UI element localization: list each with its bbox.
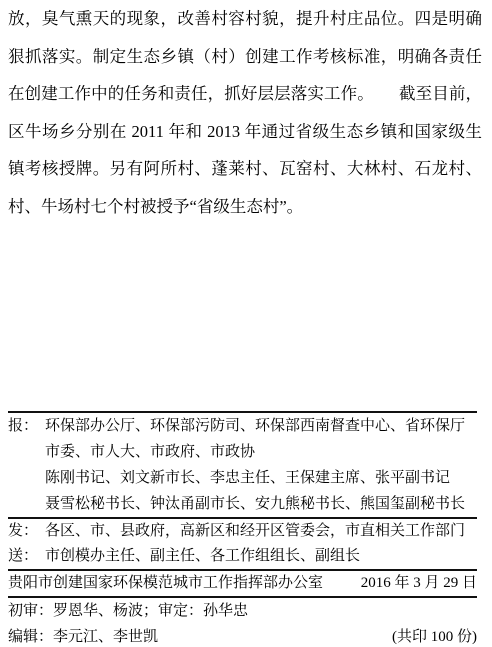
issue-label: 发：: [8, 519, 45, 544]
body-paragraph: 放，臭气熏天的现象，改善村容村貌，提升村庄品位。四是明确责任 狠抓落实。制定生态…: [8, 0, 482, 225]
report-line: 环保部办公厅、环保部污防司、环保部西南督查中心、省环保厅: [45, 413, 477, 439]
report-line: 聂雪松秘书长、钟汰甬副市长、安九熊秘书长、熊国玺副秘书长: [45, 491, 477, 517]
issue-recipients: 各区、市、县政府，高新区和经开区管委会，市直相关工作部门: [45, 519, 465, 544]
report-recipients: 环保部办公厅、环保部污防司、环保部西南督查中心、省环保厅 市委、市人大、市政府、…: [45, 413, 477, 517]
body-line: 放，臭气熏天的现象，改善村容村貌，提升村庄品位。四是明确责任: [8, 0, 482, 38]
issue-row: 发： 各区、市、县政府，高新区和经开区管委会，市直相关工作部门: [8, 519, 477, 544]
document-page: 放，臭气熏天的现象，改善村容村貌，提升村庄品位。四是明确责任 狠抓落实。制定生态…: [0, 0, 492, 647]
report-label: 报：: [8, 413, 45, 517]
office-row: 贵阳市创建国家环保模范城市工作指挥部办公室 2016 年 3 月 29 日: [8, 571, 477, 596]
body-line: 村、牛场村七个村被授予“省级生态村”。: [8, 188, 482, 226]
issuing-office: 贵阳市创建国家环保模范城市工作指挥部办公室: [8, 571, 323, 596]
report-line: 市委、市人大、市政府、市政协: [45, 439, 477, 465]
copies-count: (共印 100 份): [392, 624, 477, 647]
report-row: 报： 环保部办公厅、环保部污防司、环保部西南督查中心、省环保厅 市委、市人大、市…: [8, 413, 477, 517]
report-line: 陈刚书记、刘文新市长、李忠主任、王保建主席、张平副书记: [45, 465, 477, 491]
body-line: 镇考核授牌。另有阿所村、蓬莱村、瓦窑村、大林村、石龙村、落刀: [8, 150, 482, 188]
send-label: 送：: [8, 544, 45, 569]
body-line: 在创建工作中的任务和责任，抓好层层落实工作。 截至目前，该: [8, 75, 482, 113]
send-recipients: 市创模办主任、副主任、各工作组组长、副组长: [45, 544, 360, 569]
editor-line: 编辑：李元江、李世凯: [8, 624, 158, 647]
body-line: 狠抓落实。制定生态乡镇（村）创建工作考核标准，明确各责任单位: [8, 38, 482, 76]
review-line: 初审：罗恩华、杨波；审定：孙华忠: [8, 598, 477, 624]
body-line: 区牛场乡分别在 2011 年和 2013 年通过省级生态乡镇和国家级生态乡: [8, 113, 482, 151]
issue-date: 2016 年 3 月 29 日: [361, 571, 477, 596]
editor-row: 编辑：李元江、李世凯 (共印 100 份): [8, 624, 477, 647]
distribution-block: 报： 环保部办公厅、环保部污防司、环保部西南督查中心、省环保厅 市委、市人大、市…: [8, 411, 477, 647]
send-row: 送： 市创模办主任、副主任、各工作组组长、副组长: [8, 544, 477, 569]
